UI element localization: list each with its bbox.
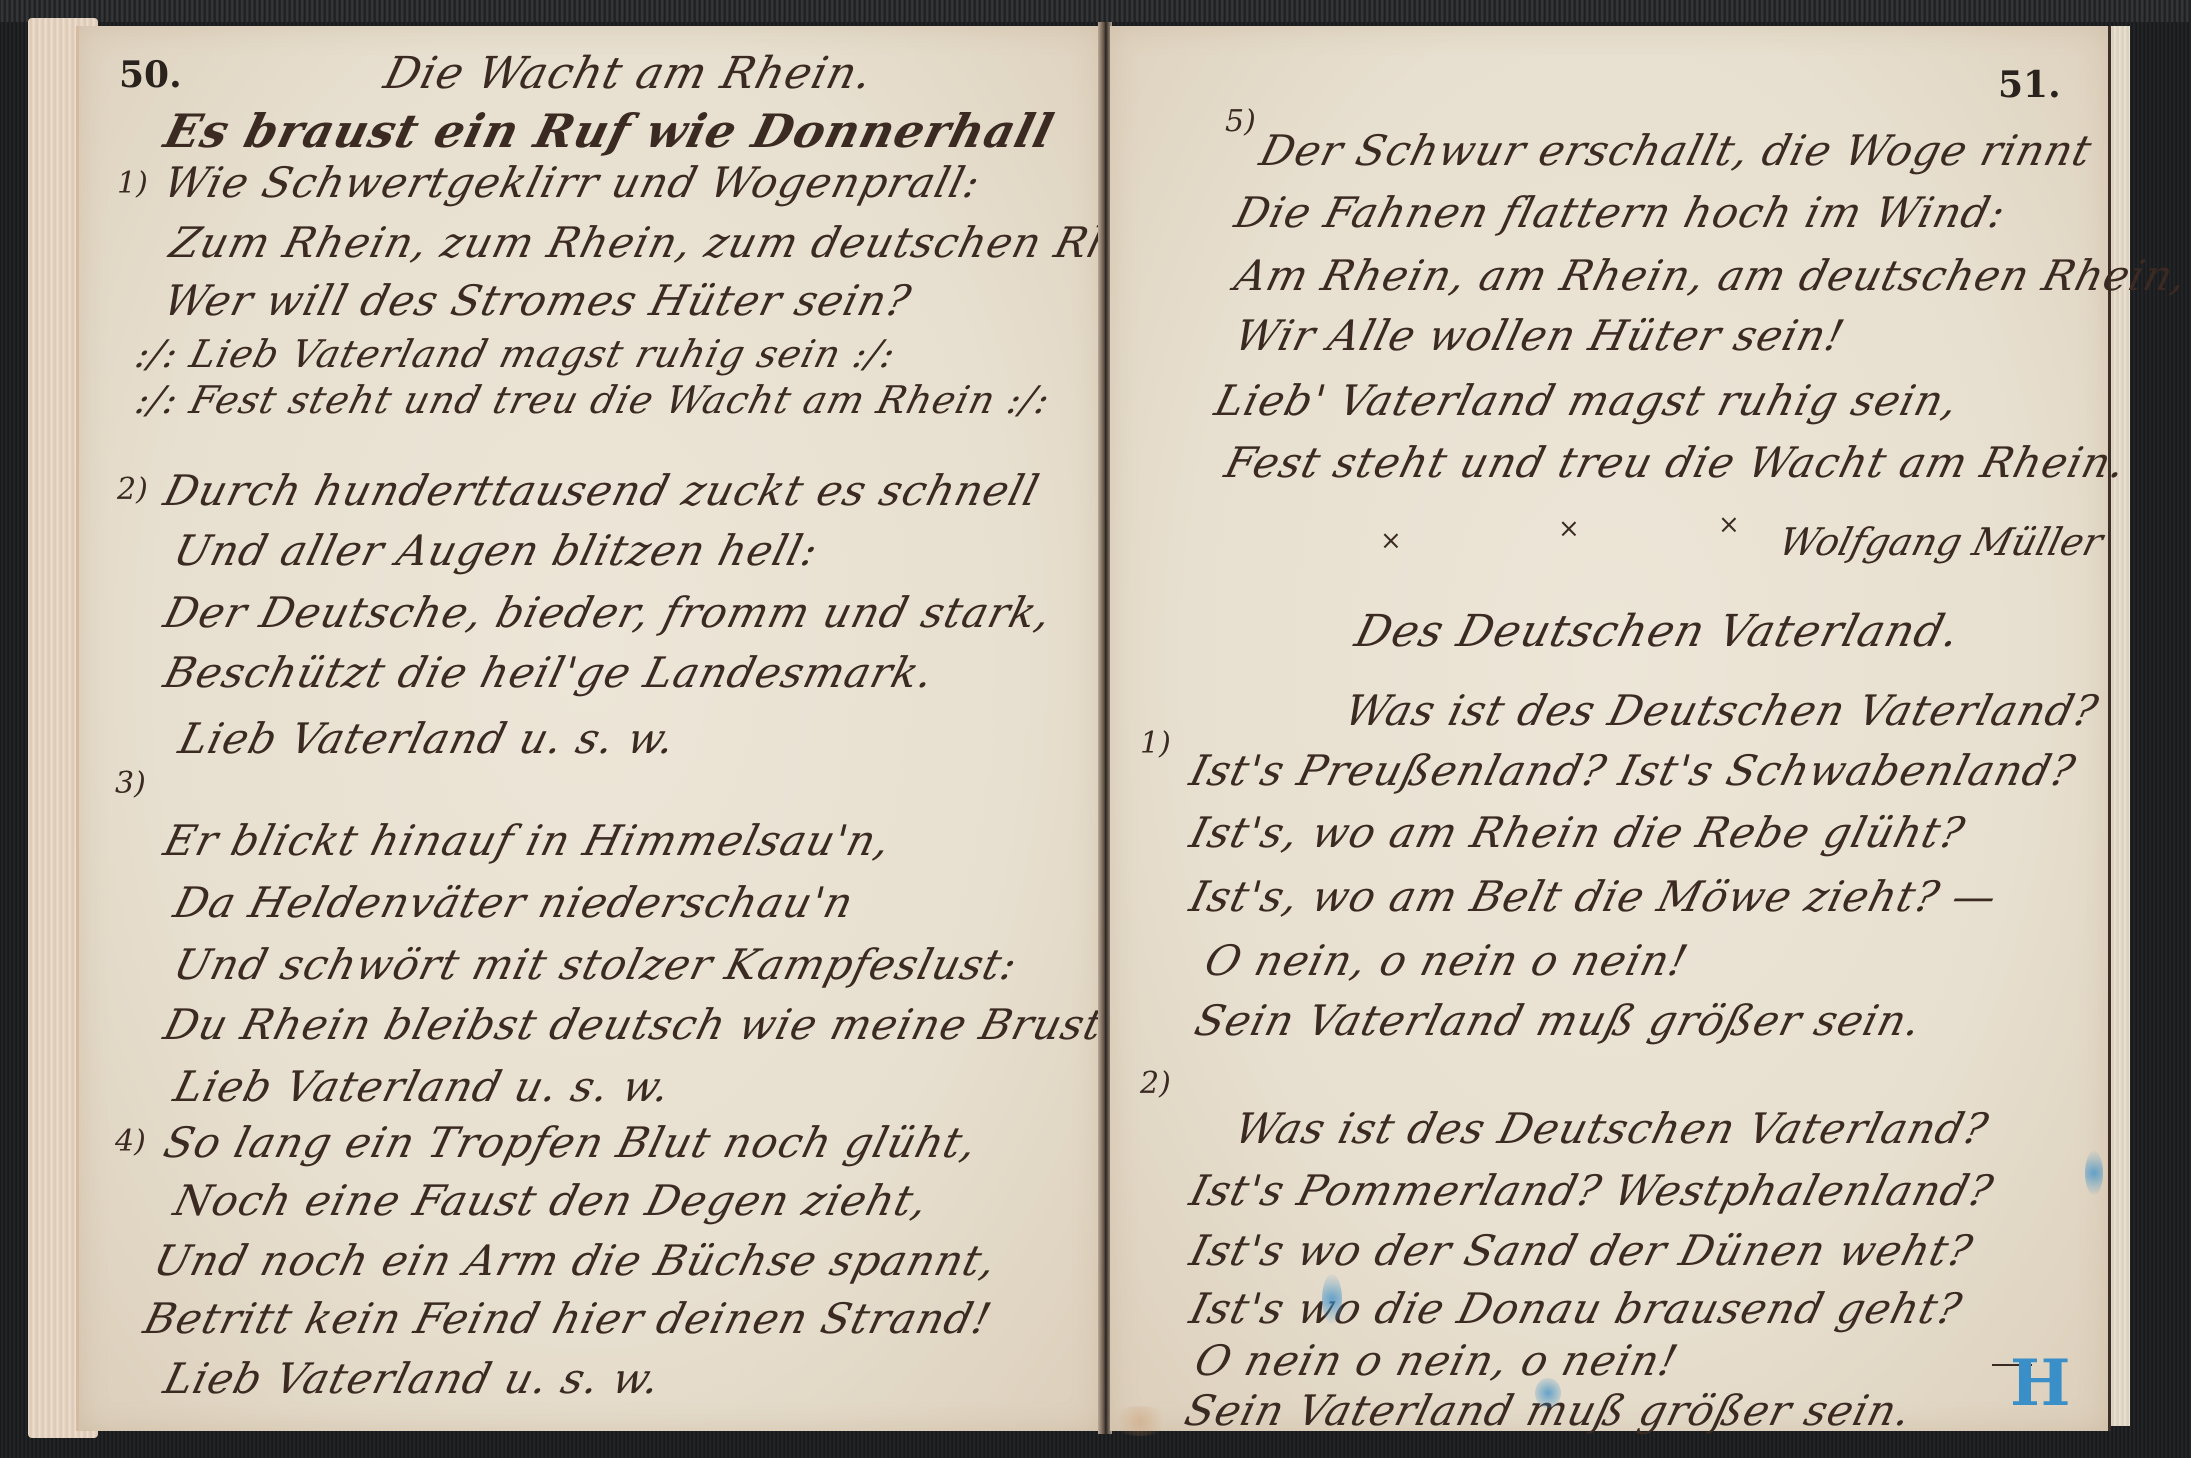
- verse-number: 3): [115, 766, 146, 801]
- song-line: Er blickt hinauf in Himmelsau'n,: [159, 816, 896, 865]
- song-line: Was ist des Deutschen Vaterland?: [1230, 1104, 1994, 1153]
- song-line: Und schwört mit stolzer Kampfeslust:: [169, 940, 1023, 989]
- song-title-wacht-am-rhein: Die Wacht am Rhein.: [379, 48, 878, 99]
- paper-stain: [1110, 1406, 1170, 1436]
- song-line: Ist's wo die Donau brausend geht?: [1185, 1284, 1967, 1333]
- left-page: 50. Die Wacht am Rhein. Es braust ein Ru…: [76, 26, 1101, 1431]
- song-line: Beschützt die heil'ge Landesmark.: [159, 648, 939, 697]
- right-page: 51. 5) Der Schwur erschallt, die Woge ri…: [1110, 26, 2111, 1431]
- song-line: Du Rhein bleibst deutsch wie meine Brust…: [159, 1000, 1126, 1049]
- page-number-right: 51.: [1998, 64, 2061, 106]
- song-line: Lieb Vaterland u. s. w.: [174, 714, 681, 763]
- song-line: Wie Schwertgeklirr und Wogenprall:: [159, 158, 986, 207]
- verse-number: 2): [117, 472, 148, 507]
- verse-number: 1): [117, 166, 148, 201]
- song-line: Noch eine Faust den Degen zieht,: [169, 1176, 933, 1225]
- song-line: :/: Lieb Vaterland magst ruhig sein :/:: [131, 332, 901, 376]
- song-line: Lieb Vaterland u. s. w.: [159, 1354, 666, 1403]
- song-line: Betritt kein Feind hier deinen Strand!: [139, 1294, 997, 1343]
- song-line: Ist's, wo am Rhein die Rebe glüht?: [1185, 808, 1970, 857]
- song-line: O nein o nein, o nein!: [1190, 1336, 1683, 1385]
- book-cover-top-edge: [0, 0, 2191, 22]
- song-line: Lieb Vaterland u. s. w.: [169, 1062, 676, 1111]
- song-line: Der Deutsche, bieder, fromm und stark,: [159, 588, 1057, 637]
- blue-ink-blot: [2085, 1151, 2103, 1195]
- song-line: Zum Rhein, zum Rhein, zum deutschen Rhei…: [165, 218, 1205, 267]
- song-title-deutsches-vaterland: Des Deutschen Vaterland.: [1350, 606, 1965, 657]
- song-line: :/: Fest steht und treu die Wacht am Rhe…: [131, 378, 1055, 422]
- song-line: Ist's Pommerland? Westphalenland?: [1185, 1166, 1999, 1215]
- song-line: Lieb' Vaterland magst ruhig sein,: [1210, 376, 1964, 425]
- right-page-edges: [2110, 26, 2130, 1426]
- song-line: Was ist des Deutschen Vaterland?: [1340, 686, 2104, 735]
- separator-cross: ×: [1380, 526, 1402, 556]
- song-line: Wer will des Stromes Hüter sein?: [159, 276, 916, 325]
- blue-ink-stamp-letter: H: [2010, 1346, 2070, 1421]
- song-line: Und aller Augen blitzen hell:: [169, 526, 824, 575]
- song-line: Durch hunderttausend zuckt es schnell: [159, 466, 1044, 515]
- song-line: O nein, o nein o nein!: [1200, 936, 1693, 985]
- blue-ink-blot: [1322, 1274, 1342, 1324]
- song-line: Ist's Preußenland? Ist's Schwabenland?: [1185, 746, 2081, 795]
- verse-number: 5): [1225, 104, 1256, 139]
- verse-number: 4): [115, 1124, 146, 1159]
- author-signature: Wolfgang Müller: [1775, 520, 2108, 564]
- song-line: Die Fahnen flattern hoch im Wind:: [1230, 188, 2011, 237]
- song-line: Sein Vaterland muß größer sein.: [1190, 996, 1927, 1045]
- page-number-left: 50.: [119, 54, 182, 96]
- song-line: Es braust ein Ruf wie Donnerhall: [159, 104, 1059, 158]
- song-line: So lang ein Tropfen Blut noch glüht,: [159, 1118, 983, 1167]
- separator-cross: ×: [1718, 510, 1740, 540]
- song-line: Da Heldenväter niederschau'n: [169, 878, 859, 927]
- verse-number: 1): [1140, 726, 1171, 761]
- song-line: Der Schwur erschallt, die Woge rinnt: [1255, 126, 2097, 175]
- song-line: Ist's wo der Sand der Dünen weht?: [1185, 1226, 1978, 1275]
- song-line: Wir Alle wollen Hüter sein!: [1230, 311, 1850, 360]
- separator-cross: ×: [1558, 514, 1580, 544]
- song-line: Und noch ein Arm die Büchse spannt,: [149, 1236, 1002, 1285]
- blue-ink-blot: [1535, 1378, 1561, 1408]
- song-line: Fest steht und treu die Wacht am Rhein.: [1220, 438, 2131, 487]
- verse-number: 2): [1140, 1066, 1171, 1101]
- song-line: Am Rhein, am Rhein, am deutschen Rhein,: [1230, 251, 2191, 300]
- song-line: Ist's, wo am Belt die Möwe zieht? —: [1185, 872, 2002, 921]
